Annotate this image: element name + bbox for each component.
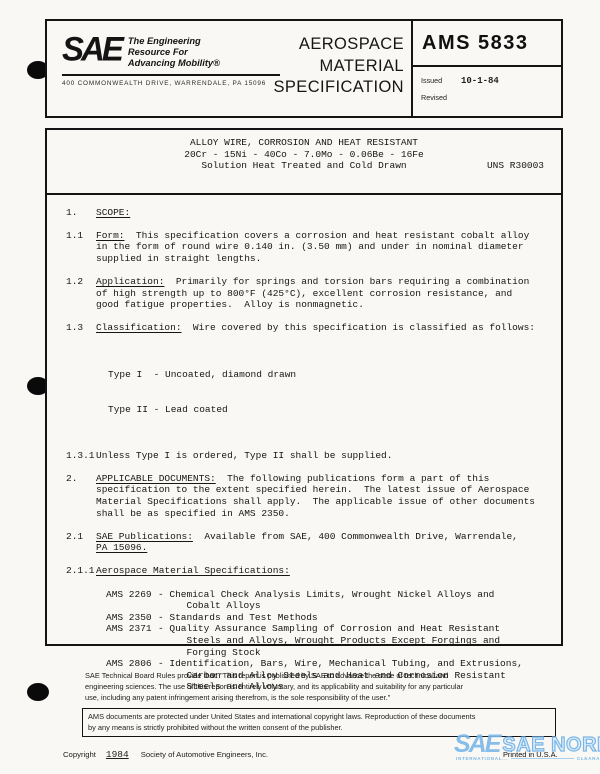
scanned-spec-page: SAE The Engineering Resource For Advanci… <box>0 0 600 774</box>
spec-title-block: ALLOY WIRE, CORROSION AND HEAT RESISTANT… <box>47 130 561 195</box>
copyright-label: Copyright <box>63 750 96 759</box>
section-2-1-sae-publications: 2.1 SAE Publications: Available from SAE… <box>66 531 549 554</box>
spec-title-line-2: 20Cr - 15Ni - 40Co - 7.0Mo - 0.06Be - 16… <box>47 149 561 161</box>
spec-number: AMS 5833 <box>413 21 561 67</box>
hole-punch-dot-bottom <box>27 683 49 701</box>
copyright-holder: Society of Automotive Engineers, Inc. <box>141 750 268 759</box>
ams-ref-code: AMS 2371 <box>106 623 158 658</box>
tagline-line-3: Advancing Mobility® <box>128 58 220 69</box>
document-type-title: AEROSPACE MATERIAL SPECIFICATION <box>274 34 405 99</box>
section-number: 1.1 <box>66 230 96 265</box>
spec-title-line-1: ALLOY WIRE, CORROSION AND HEAT RESISTANT <box>47 137 561 149</box>
spec-content-box: ALLOY WIRE, CORROSION AND HEAT RESISTANT… <box>45 128 563 646</box>
sae-logo: SAE <box>62 33 121 65</box>
doc-type-line-3: SPECIFICATION <box>274 77 405 99</box>
technical-board-rules-note: SAE Technical Board Rules provide that: … <box>85 670 557 703</box>
section-heading: Aerospace Material Specifications: <box>96 565 290 576</box>
section-2-applicable-documents: 2. APPLICABLE DOCUMENTS: The following p… <box>66 473 549 519</box>
watermark-sub-right: CLEARANCE <box>577 756 600 761</box>
doc-type-line-2: MATERIAL <box>274 56 405 78</box>
header-left-cell: SAE The Engineering Resource For Advanci… <box>47 21 411 116</box>
revised-row: Revised <box>421 93 561 102</box>
spec-body: 1. SCOPE: 1.1 Form: This specification c… <box>47 195 561 693</box>
section-heading: Classification: <box>96 322 182 333</box>
doc-type-line-1: AEROSPACE <box>274 34 405 56</box>
section-1-2-application: 1.2 Application: Primarily for springs a… <box>66 276 549 311</box>
ams-ref-desc: - Chemical Check Analysis Limits, Wrough… <box>158 589 549 612</box>
section-text: This specification covers a corrosion an… <box>96 230 529 264</box>
section-number: 1.2 <box>66 276 96 311</box>
section-text: Available from SAE, 400 Commonwealth Dri… <box>193 531 518 542</box>
type-classification-list: Type I - Uncoated, diamond drawn Type II… <box>108 346 549 439</box>
copyright-line: Copyright 1984 Society of Automotive Eng… <box>63 749 268 760</box>
section-1-1-form: 1.1 Form: This specification covers a co… <box>66 230 549 265</box>
section-heading: Application: <box>96 276 164 287</box>
ams-reference-row: AMS 2371 - Quality Assurance Sampling of… <box>106 623 549 658</box>
spec-title-line-3: Solution Heat Treated and Cold Drawn <box>47 160 561 172</box>
type-list-item-1: Type I - Uncoated, diamond drawn <box>108 369 549 381</box>
section-number: 1. <box>66 207 96 219</box>
issued-label: Issued <box>421 76 461 85</box>
section-1-3-classification: 1.3 Classification: Wire covered by this… <box>66 322 549 334</box>
section-text: Unless Type I is ordered, Type II shall … <box>96 450 392 461</box>
issue-revision-block: Issued 10-1-84 Revised <box>413 67 561 109</box>
issued-row: Issued 10-1-84 <box>421 76 561 86</box>
section-heading: APPLICABLE DOCUMENTS: <box>96 473 216 484</box>
tagline-line-1: The Engineering <box>128 36 220 47</box>
printed-in-usa: Printed in U.S.A. <box>503 750 558 759</box>
revised-label: Revised <box>421 93 461 102</box>
ams-reference-row: AMS 2269 - Chemical Check Analysis Limit… <box>106 589 549 612</box>
copyright-year: 1984 <box>106 749 129 760</box>
ams-ref-desc: - Standards and Test Methods <box>158 612 549 624</box>
section-text-tail: PA 15096. <box>96 542 147 553</box>
ams-ref-code: AMS 2350 <box>106 612 158 624</box>
section-text: Wire covered by this specification is cl… <box>182 322 535 333</box>
section-1-3-1: 1.3.1 Unless Type I is ordered, Type II … <box>66 450 549 462</box>
logo-divider-rule <box>62 74 280 76</box>
section-number: 1.3 <box>66 322 96 334</box>
issued-date: 10-1-84 <box>461 76 499 86</box>
tagline-line-2: Resource For <box>128 47 220 58</box>
section-1-scope: 1. SCOPE: <box>66 207 549 219</box>
sae-tagline: The Engineering Resource For Advancing M… <box>128 34 220 69</box>
section-number: 1.3.1 <box>66 450 96 462</box>
section-number: 2. <box>66 473 96 519</box>
section-heading: SAE Publications: <box>96 531 193 542</box>
section-number: 2.1.1 <box>66 565 96 577</box>
ams-ref-code: AMS 2269 <box>106 589 158 612</box>
watermark-sae-logo: SAE <box>454 733 499 755</box>
uns-number: UNS R30003 <box>487 160 544 172</box>
section-heading: Form: <box>96 230 125 241</box>
section-heading: SCOPE: <box>96 207 130 218</box>
ams-reference-row: AMS 2350 - Standards and Test Methods <box>106 612 549 624</box>
section-2-1-1-ams-specs: 2.1.1 Aerospace Material Specifications: <box>66 565 549 577</box>
header-number-cell: AMS 5833 Issued 10-1-84 Revised <box>411 21 561 116</box>
type-list-item-2: Type II - Lead coated <box>108 404 549 416</box>
ams-ref-desc: - Quality Assurance Sampling of Corrosio… <box>158 623 549 658</box>
sae-header-box: SAE The Engineering Resource For Advanci… <box>45 19 563 118</box>
section-number: 2.1 <box>66 531 96 554</box>
